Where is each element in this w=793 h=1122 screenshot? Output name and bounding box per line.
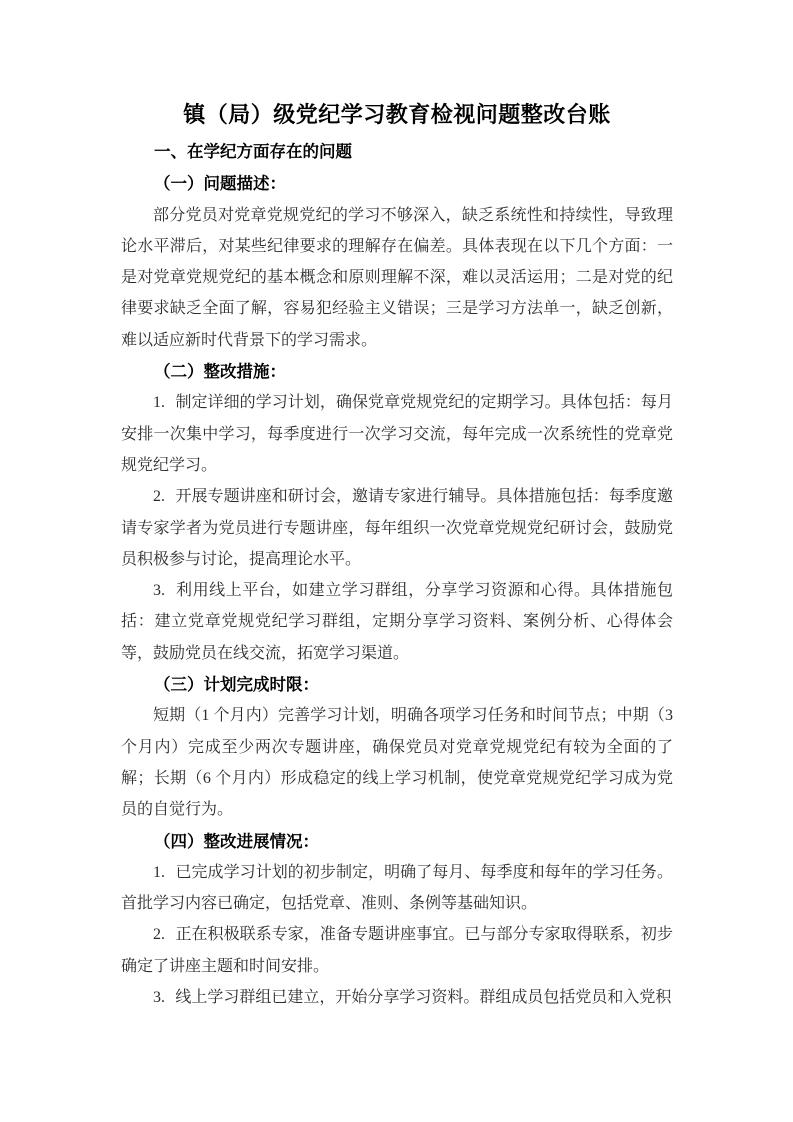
paragraph-text: 制定详细的学习计划，确保党章党规党纪的定期学习。具体包括：每月安排一次集中学习，… <box>121 394 673 474</box>
subsection-heading-completion-deadline: （三）计划完成时限： <box>121 669 673 700</box>
paragraph-text: 部分党员对党章党规党纪的学习不够深入，缺乏系统性和持续性，导致理论水平滞后，对某… <box>121 207 673 349</box>
subsection-heading-progress-status: （四）整改进展情况： <box>121 826 673 857</box>
paragraph-text: 利用线上平台，如建立学习群组，分享学习资源和心得。具体措施包括：建立党章党规党纪… <box>121 582 673 662</box>
paragraph-problem-description: 部分党员对党章党规党纪的学习不够深入，缺乏系统性和持续性，导致理论水平滞后，对某… <box>121 200 673 356</box>
list-item-marker: 1. <box>153 864 165 881</box>
document-page-background: { "colors": { "page_background": "#fffff… <box>0 0 793 1122</box>
paragraph-completion-deadline: 短期（1 个月内）完善学习计划，明确各项学习任务和时间节点；中期（3 个月内）完… <box>121 700 673 825</box>
list-item-progress-2: 2.正在积极联系专家，准备专题讲座事宜。已与部分专家取得联系，初步确定了讲座主题… <box>121 919 673 982</box>
list-item-measure-1: 1.制定详细的学习计划，确保党章党规党纪的定期学习。具体包括：每月安排一次集中学… <box>121 387 673 481</box>
list-item-marker: 2. <box>153 488 165 505</box>
document-page: 镇（局）级党纪学习教育检视问题整改台账 一、在学纪方面存在的问题 （一）问题描述… <box>0 0 793 1122</box>
paragraph-text: 短期（1 个月内）完善学习计划，明确各项学习任务和时间节点；中期（3 个月内）完… <box>121 707 673 818</box>
subsection-heading-corrective-measures: （二）整改措施： <box>121 356 673 387</box>
section-heading-1: 一、在学纪方面存在的问题 <box>121 137 673 168</box>
list-item-marker: 2. <box>153 926 165 943</box>
paragraph-text: 线上学习群组已建立，开始分享学习资料。群组成员包括党员和入党积 <box>175 989 671 1006</box>
list-item-measure-2: 2.开展专题讲座和研讨会，邀请专家进行辅导。具体措施包括：每季度邀请专家学者为党… <box>121 481 673 575</box>
paragraph-text: 开展专题讲座和研讨会，邀请专家进行辅导。具体措施包括：每季度邀请专家学者为党员进… <box>121 488 673 568</box>
list-item-marker: 3. <box>153 989 165 1006</box>
list-item-measure-3: 3.利用线上平台，如建立学习群组，分享学习资源和心得。具体措施包括：建立党章党规… <box>121 575 673 669</box>
list-item-marker: 3. <box>153 582 165 599</box>
subsection-heading-problem-description: （一）问题描述： <box>121 168 673 199</box>
list-item-progress-3: 3.线上学习群组已建立，开始分享学习资料。群组成员包括党员和入党积 <box>121 982 673 1013</box>
list-item-marker: 1. <box>153 394 165 411</box>
paragraph-text: 已完成学习计划的初步制定，明确了每月、每季度和每年的学习任务。首批学习内容已确定… <box>121 864 673 912</box>
document-title: 镇（局）级党纪学习教育检视问题整改台账 <box>121 97 673 133</box>
paragraph-text: 正在积极联系专家，准备专题讲座事宜。已与部分专家取得联系，初步确定了讲座主题和时… <box>121 926 673 974</box>
list-item-progress-1: 1.已完成学习计划的初步制定，明确了每月、每季度和每年的学习任务。首批学习内容已… <box>121 857 673 920</box>
